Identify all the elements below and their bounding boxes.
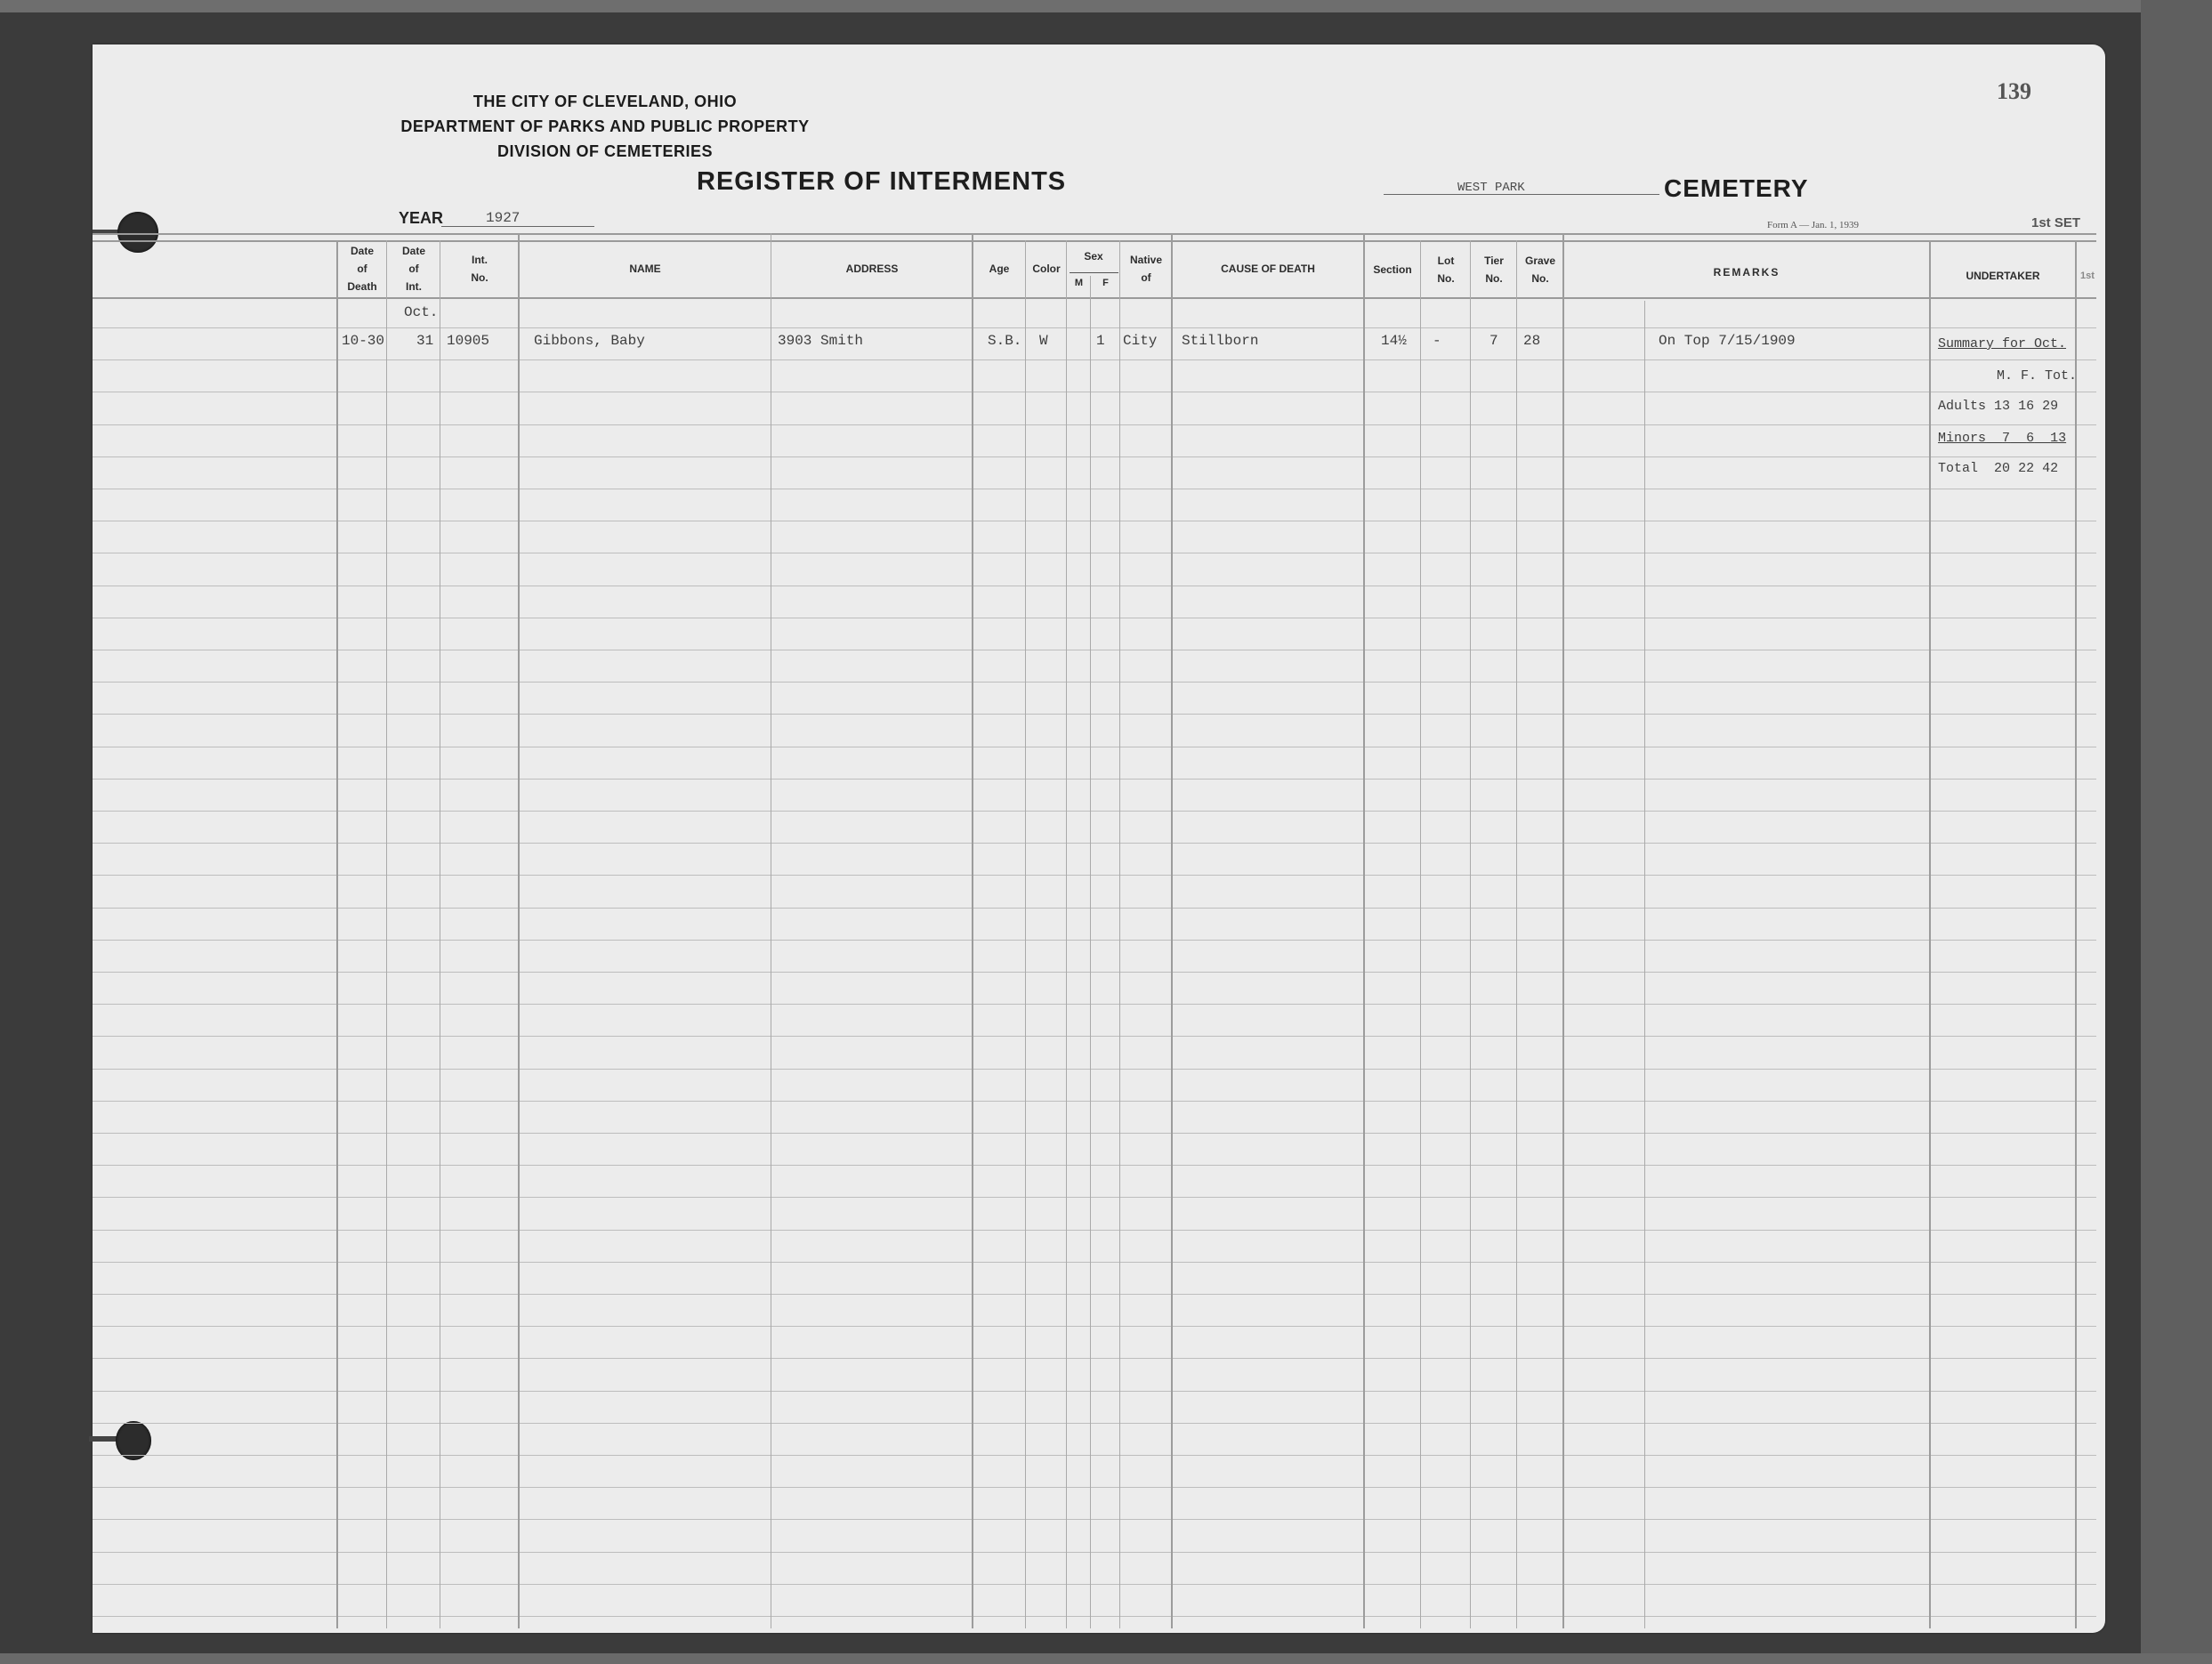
- summary-adults-row: Adults 13 16 29: [1938, 399, 2058, 414]
- entry-int-no[interactable]: 10905: [447, 333, 489, 349]
- ruled-line: [93, 811, 2096, 812]
- col-header-text: Native: [1121, 251, 1171, 269]
- summary-col-headers: M. F. Tot.: [1997, 368, 2077, 384]
- summary-minors-tot: 13: [2050, 431, 2066, 446]
- col-line-tier: [1470, 240, 1471, 1628]
- table-top-rule: [93, 233, 2096, 235]
- header-city: THE CITY OF CLEVELAND, OHIO: [374, 93, 836, 111]
- cemetery-label: CEMETERY: [1664, 174, 1809, 203]
- ruled-line: [93, 1455, 2096, 1456]
- col-line-color: [1025, 240, 1026, 1628]
- col-line-remarks-inner: [1644, 301, 1645, 1628]
- ruled-line: [93, 1294, 2096, 1295]
- col-header-text: No.: [1422, 270, 1470, 287]
- summary-minors-label: Minors: [1938, 431, 1986, 446]
- entry-section[interactable]: 14½: [1381, 333, 1407, 349]
- ruled-line: [93, 456, 2096, 457]
- col-header-extra: 1st: [2077, 267, 2098, 285]
- col-header-text: Date: [338, 242, 386, 260]
- col-line-int-no: [440, 240, 440, 1628]
- ruled-line: [93, 1487, 2096, 1488]
- page-number: 139: [1997, 78, 2031, 105]
- col-header-text: Death: [338, 278, 386, 295]
- col-line-cause: [1171, 233, 1173, 1628]
- header-department: DEPARTMENT OF PARKS AND PUBLIC PROPERTY: [356, 117, 854, 136]
- ruled-line: [93, 1326, 2096, 1327]
- col-header-text: Int.: [388, 278, 440, 295]
- ruled-line: [93, 747, 2096, 747]
- col-header-color: Color: [1027, 260, 1066, 278]
- col-line-death: [336, 240, 338, 1628]
- ruled-line: [93, 779, 2096, 779]
- ruled-line: [93, 1036, 2096, 1037]
- ruled-line: [93, 1101, 2096, 1102]
- col-header-text: Date: [388, 242, 440, 260]
- col-header-undertaker: UNDERTAKER: [1931, 267, 2075, 285]
- ruled-line: [93, 682, 2096, 683]
- summary-total-label: Total: [1938, 461, 1978, 476]
- cemetery-value: WEST PARK: [1457, 181, 1525, 195]
- col-header-date-of-death: Date of Death: [338, 242, 386, 295]
- col-line-sex-f: [1090, 276, 1091, 1628]
- year-value: 1927: [486, 210, 520, 226]
- scan-bottom-edge: [0, 1653, 2212, 1664]
- col-header-grave-no: Grave No.: [1518, 252, 1562, 287]
- ruled-line: [93, 392, 2096, 392]
- col-header-sex: Sex: [1068, 247, 1119, 265]
- col-header-text: Tier: [1472, 252, 1516, 270]
- summary-adults-tot: 29: [2042, 399, 2058, 414]
- ruled-line: [93, 875, 2096, 876]
- col-header-text: of: [338, 260, 386, 278]
- col-line-age: [972, 233, 973, 1628]
- col-header-section: Section: [1365, 261, 1420, 279]
- entry-tier-no[interactable]: 7: [1489, 333, 1498, 349]
- col-line-native: [1119, 240, 1120, 1628]
- col-line-grave: [1516, 240, 1517, 1628]
- scan-top-edge: [0, 0, 2212, 12]
- ruled-line: [93, 1230, 2096, 1231]
- ruled-line: [93, 1004, 2096, 1005]
- col-header-text: No.: [441, 269, 518, 287]
- col-header-text: of: [1121, 269, 1171, 287]
- ruled-line: [93, 1391, 2096, 1392]
- header-division: DIVISION OF CEMETERIES: [374, 142, 836, 161]
- ruled-line: [93, 650, 2096, 650]
- col-line-extra: [2075, 240, 2077, 1628]
- entry-sex-f[interactable]: 1: [1096, 333, 1105, 349]
- ruled-line: [93, 1262, 2096, 1263]
- ruled-line: [93, 424, 2096, 425]
- col-line-sex-m: [1066, 240, 1067, 1628]
- col-header-text: Lot: [1422, 252, 1470, 270]
- ruled-line: [93, 1519, 2096, 1520]
- year-label: YEAR: [399, 209, 443, 228]
- ruled-line: [93, 1197, 2096, 1198]
- col-line-name: [518, 233, 520, 1628]
- summary-adults-m: 13: [1994, 399, 2010, 414]
- entry-color[interactable]: W: [1039, 333, 1048, 349]
- summary-minors-row: Minors 7 6 13: [1938, 431, 2066, 446]
- col-header-int-no: Int. No.: [441, 251, 518, 287]
- ruled-line: [93, 1423, 2096, 1424]
- summary-total-tot: 42: [2042, 461, 2058, 476]
- ruled-line: [93, 1358, 2096, 1359]
- col-line-int-date: [386, 240, 387, 1628]
- ruled-line: [93, 489, 2096, 489]
- col-header-text: of: [388, 260, 440, 278]
- entry-native-of[interactable]: City: [1123, 333, 1157, 349]
- col-header-age: Age: [973, 260, 1025, 278]
- summary-minors-m: 7: [2002, 431, 2010, 446]
- col-header-date-of-int: Date of Int.: [388, 242, 440, 295]
- col-header-tier-no: Tier No.: [1472, 252, 1516, 287]
- entry-name[interactable]: Gibbons, Baby: [534, 333, 645, 349]
- entry-address[interactable]: 3903 Smith: [778, 333, 863, 349]
- entry-age[interactable]: S.B.: [988, 333, 1021, 349]
- col-header-cause-of-death: CAUSE OF DEATH: [1173, 260, 1363, 278]
- ruled-line: [93, 1133, 2096, 1134]
- summary-title: Summary for Oct.: [1938, 336, 2066, 351]
- col-header-remarks: REMARKS: [1564, 263, 1929, 281]
- ruled-line: [93, 1584, 2096, 1585]
- ruled-line: [93, 972, 2096, 973]
- ruled-line: [93, 908, 2096, 909]
- ruled-line: [93, 1616, 2096, 1617]
- entry-date-of-death[interactable]: 10-30: [342, 333, 384, 349]
- entry-date-of-int[interactable]: 31: [416, 333, 433, 349]
- col-header-native-of: Native of: [1121, 251, 1171, 287]
- form-note: Form A — Jan. 1, 1939: [1767, 220, 1859, 230]
- entry-month-note: Oct.: [404, 304, 438, 320]
- summary-total-f: 22: [2018, 461, 2034, 476]
- col-header-name: NAME: [520, 260, 771, 278]
- ruled-line: [93, 714, 2096, 715]
- col-header-sex-f: F: [1092, 274, 1119, 292]
- ruled-line: [93, 940, 2096, 941]
- ruled-line: [93, 1165, 2096, 1166]
- summary-adults-label: Adults: [1938, 399, 1986, 414]
- page-title: REGISTER OF INTERMENTS: [697, 167, 1066, 197]
- col-header-address: ADDRESS: [772, 260, 972, 278]
- summary-total-row: Total 20 22 42: [1938, 461, 2058, 476]
- ruled-line: [93, 1552, 2096, 1553]
- col-line-undertaker: [1929, 240, 1931, 1628]
- col-header-text: Int.: [441, 251, 518, 269]
- set-label: 1st SET: [2031, 215, 2080, 230]
- col-header-text: No.: [1518, 270, 1562, 287]
- col-line-lot: [1420, 240, 1421, 1628]
- col-line-section: [1363, 233, 1365, 1628]
- col-header-text: Grave: [1518, 252, 1562, 270]
- summary-adults-f: 16: [2018, 399, 2034, 414]
- ruled-line: [93, 586, 2096, 586]
- sex-divider: [1070, 272, 1118, 273]
- entry-grave-no[interactable]: 28: [1523, 333, 1540, 349]
- col-header-lot-no: Lot No.: [1422, 252, 1470, 287]
- scan-right-edge: [2141, 0, 2212, 1664]
- ruled-line: [93, 618, 2096, 618]
- ruled-line: [93, 359, 2096, 360]
- ruled-line: [93, 1069, 2096, 1070]
- entry-cause-of-death[interactable]: Stillborn: [1182, 333, 1258, 349]
- ruled-line: [93, 843, 2096, 844]
- entry-remarks[interactable]: On Top 7/15/1909: [1659, 333, 1796, 349]
- ruled-line: [93, 521, 2096, 521]
- col-line-address: [771, 233, 771, 1628]
- header-bottom-rule: [93, 297, 2096, 299]
- binder-hole-top-icon: [117, 212, 158, 253]
- year-underline: [441, 226, 594, 227]
- col-header-sex-m: M: [1068, 274, 1090, 292]
- col-header-text: No.: [1472, 270, 1516, 287]
- summary-minors-f: 6: [2026, 431, 2034, 446]
- summary-total-m: 20: [1994, 461, 2010, 476]
- ruled-line: [93, 327, 2096, 328]
- ruled-line: [93, 553, 2096, 553]
- entry-lot-no[interactable]: -: [1433, 333, 1441, 349]
- col-line-remarks: [1562, 233, 1564, 1628]
